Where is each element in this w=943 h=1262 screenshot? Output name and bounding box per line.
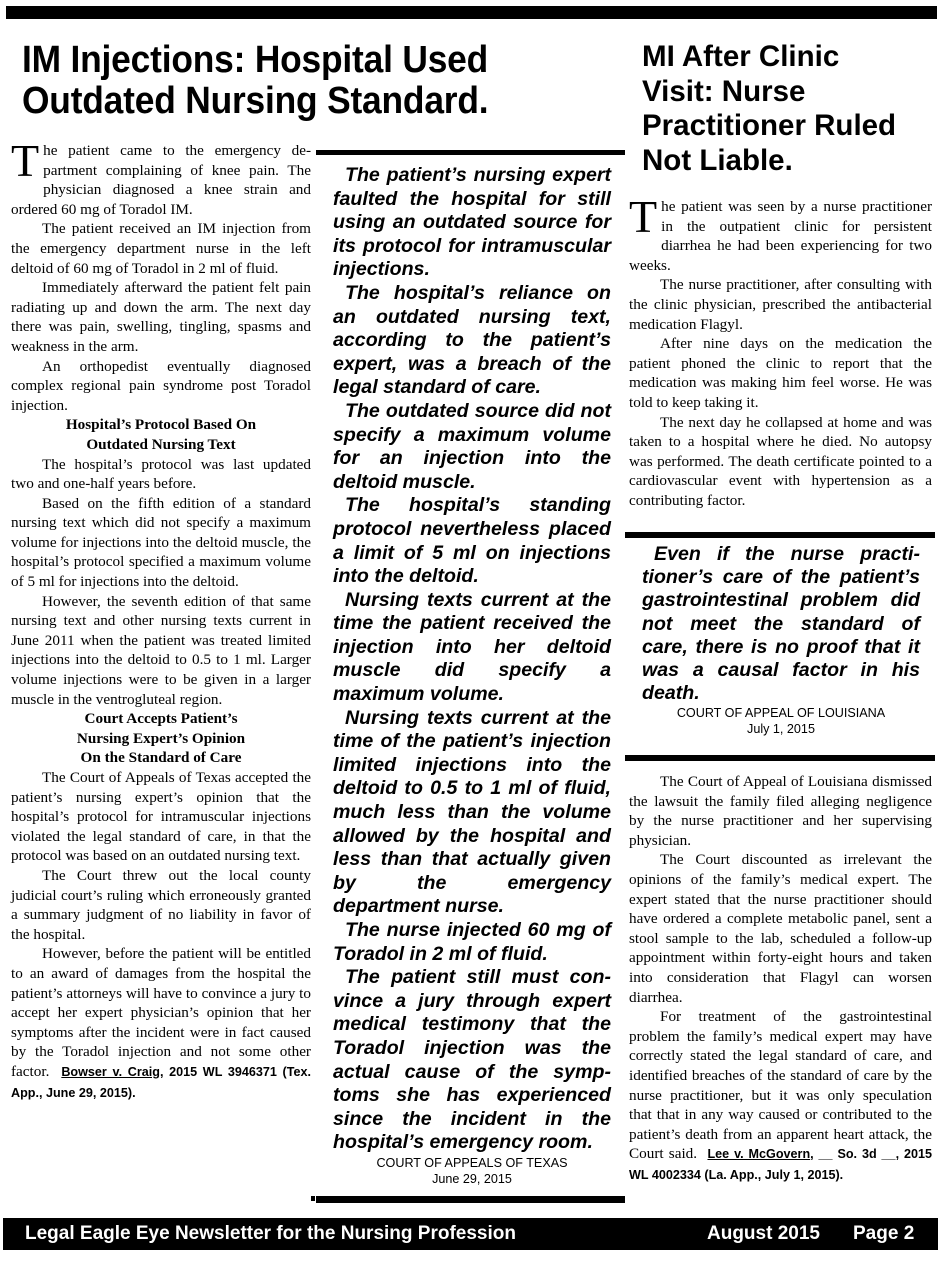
issue-date: August 2015 [707, 1223, 820, 1245]
subheading-protocol: Hospital’s Protocol Based On Outdated Nu… [11, 415, 311, 454]
main-headline-line-2: Outdated Nursing Standard. [22, 81, 571, 122]
side-article-body-bottom: The Court of Appeal of Louisiana dis­mis… [629, 772, 932, 1185]
article-paragraph: The next day he collapsed at home and wa… [629, 413, 932, 511]
pull-quote-paragraph: The nurse injected 60 mg of Toradol in 2… [333, 919, 611, 966]
article-paragraph: Immediately afterward the patient felt p… [11, 278, 311, 356]
side-headline: MI After Clinic Visit: Nurse Practitione… [642, 40, 942, 178]
footer-bar: Legal Eagle Eye Newsletter for the Nursi… [3, 1218, 938, 1250]
drop-cap: T [629, 199, 657, 237]
side-headline-line-2: Visit: Nurse [642, 75, 942, 110]
pull-quote-paragraph: The outdated source did not specify a ma… [333, 400, 611, 494]
end-mark [311, 1196, 315, 1201]
pull-quote-paragraph: The hospital’s standing protocol neverth… [333, 494, 611, 588]
article-paragraph: The patient was seen by a nurse practi­t… [629, 197, 932, 275]
source-date: July 1, 2015 [642, 721, 920, 737]
subheading-court-accepts: Court Accepts Patient’s Nursing Expert’s… [11, 709, 311, 768]
article-paragraph: The patient received an IM injection fro… [11, 219, 311, 278]
publication-name: Legal Eagle Eye Newsletter for the Nursi… [25, 1223, 516, 1245]
pullquote-top-rule [316, 150, 625, 155]
side-pullquote-bottom-rule [625, 755, 935, 761]
source-court: COURT OF APPEALS OF TEXAS [333, 1155, 611, 1171]
pull-quote-paragraph: The patient still must con­vince a jury … [333, 966, 611, 1155]
top-rule [6, 6, 937, 19]
article-paragraph: After nine days on the medication the pa… [629, 334, 932, 412]
pull-quote-side: Even if the nurse practi­tioner’s care o… [642, 543, 920, 737]
article-paragraph: The Court discounted as irrelevant the o… [629, 850, 932, 1007]
article-paragraph: The patient came to the emergency de­par… [11, 141, 311, 219]
pull-quote-paragraph: The hospital’s reliance on an outdated n… [333, 282, 611, 400]
article-paragraph: The hospital’s protocol was last updat­e… [11, 455, 311, 494]
side-headline-line-3: Practitioner Ruled [642, 109, 942, 144]
pull-quote-paragraph: Nursing texts current at the time the pa… [333, 589, 611, 707]
page-number: Page 2 [853, 1223, 914, 1245]
source-date: June 29, 2015 [333, 1171, 611, 1187]
end-mark [620, 1196, 625, 1201]
side-headline-line-4: Not Liable. [642, 144, 942, 179]
drop-cap: T [11, 143, 39, 181]
case-name-link[interactable]: Bow­ser v. Craig [61, 1065, 160, 1079]
case-citation: Bow­ser v. Craig, 2015 WL 3946371 (Tex. … [11, 1065, 311, 1100]
article-paragraph: The nurse practitioner, after consulting… [629, 275, 932, 334]
pull-quote-source: COURT OF APPEALS OF TEXAS June 29, 2015 [333, 1155, 611, 1187]
case-name-link[interactable]: Lee v. McGovern [707, 1147, 810, 1161]
side-pullquote-top-rule [625, 532, 935, 538]
main-article-body: The patient came to the emergency de­par… [11, 141, 311, 1103]
side-headline-line-1: MI After Clinic [642, 40, 942, 75]
source-court: COURT OF APPEAL OF LOUISIANA [642, 705, 920, 721]
pull-quote-paragraph: The patient’s nursing ex­pert faulted th… [333, 164, 611, 282]
pullquote-bottom-rule [316, 1196, 625, 1203]
article-paragraph: However, before the patient will be enti… [11, 944, 311, 1103]
article-paragraph: For treatment of the gastrointestinal pr… [629, 1007, 932, 1185]
pull-quote-paragraph: Nursing texts current at the time of the… [333, 707, 611, 919]
pull-quote-source: COURT OF APPEAL OF LOUISIANA July 1, 201… [642, 705, 920, 737]
pull-quote-main: The patient’s nursing ex­pert faulted th… [333, 164, 611, 1187]
article-paragraph: The Court threw out the local county jud… [11, 866, 311, 944]
pull-quote-paragraph: Even if the nurse practi­tioner’s care o… [642, 543, 920, 705]
side-article-body-top: The patient was seen by a nurse practi­t… [629, 197, 932, 511]
main-headline: IM Injections: Hospital Used Outdated Nu… [22, 40, 571, 122]
article-paragraph: An orthopedist eventually diagnosed comp… [11, 357, 311, 416]
article-paragraph: The Court of Appeals of Texas accept­ed … [11, 768, 311, 866]
main-headline-line-1: IM Injections: Hospital Used [22, 40, 571, 81]
article-paragraph: However, the seventh edition of that sam… [11, 592, 311, 710]
article-paragraph: The Court of Appeal of Louisiana dis­mis… [629, 772, 932, 850]
article-paragraph: Based on the fifth edition of a standard… [11, 494, 311, 592]
